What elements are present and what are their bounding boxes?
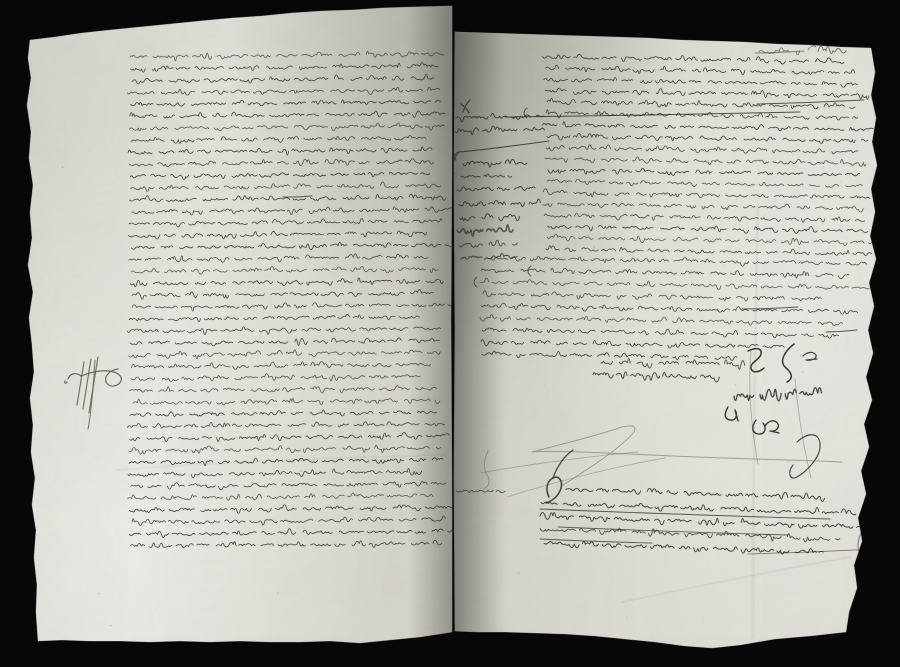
paper-speck (169, 577, 170, 578)
paper-speck (369, 440, 370, 441)
paper-speck (410, 437, 412, 439)
paper-speck (536, 557, 537, 558)
paper-speck (243, 335, 244, 336)
spread-svg (0, 0, 900, 667)
paper-speck (62, 166, 64, 168)
paper-speck (735, 384, 736, 385)
paper-speck (88, 151, 89, 152)
paper-speck (668, 319, 669, 320)
paper-speck (353, 224, 355, 226)
paper-speck (93, 340, 94, 341)
paper-speck (277, 592, 279, 594)
paper-speck (115, 219, 116, 220)
paper-speck (626, 617, 627, 618)
paper-speck (118, 443, 119, 444)
paper-speck (786, 413, 787, 414)
paper-speck (151, 201, 152, 202)
paper-speck (314, 364, 316, 366)
paper-speck (703, 618, 704, 619)
paper-speck (802, 371, 804, 373)
paper-speck (723, 265, 724, 266)
paper-speck (593, 158, 595, 160)
paper-speck (611, 326, 613, 328)
paper-speck (181, 229, 182, 230)
paper-speck (378, 234, 379, 235)
paper-speck (787, 461, 789, 463)
paper-speck (631, 549, 632, 550)
paper-speck (218, 100, 219, 101)
left-page-shading (27, 0, 453, 667)
paper-speck (215, 56, 216, 57)
paper-speck (840, 181, 841, 182)
paper-speck (98, 593, 99, 594)
paper-speck (736, 199, 737, 200)
paper-speck (300, 470, 301, 471)
paper-speck (265, 401, 267, 403)
paper-speck (222, 306, 224, 308)
manuscript-photo (0, 0, 900, 667)
left-page (27, 0, 457, 667)
paper-speck (498, 584, 499, 585)
paper-speck (593, 246, 595, 248)
paper-speck (518, 573, 519, 574)
right-page (453, 0, 878, 667)
paper-speck (110, 625, 111, 626)
paper-speck (543, 334, 545, 336)
paper-speck (544, 384, 545, 385)
right-page-shading (453, 0, 878, 667)
paper-speck (491, 295, 493, 297)
